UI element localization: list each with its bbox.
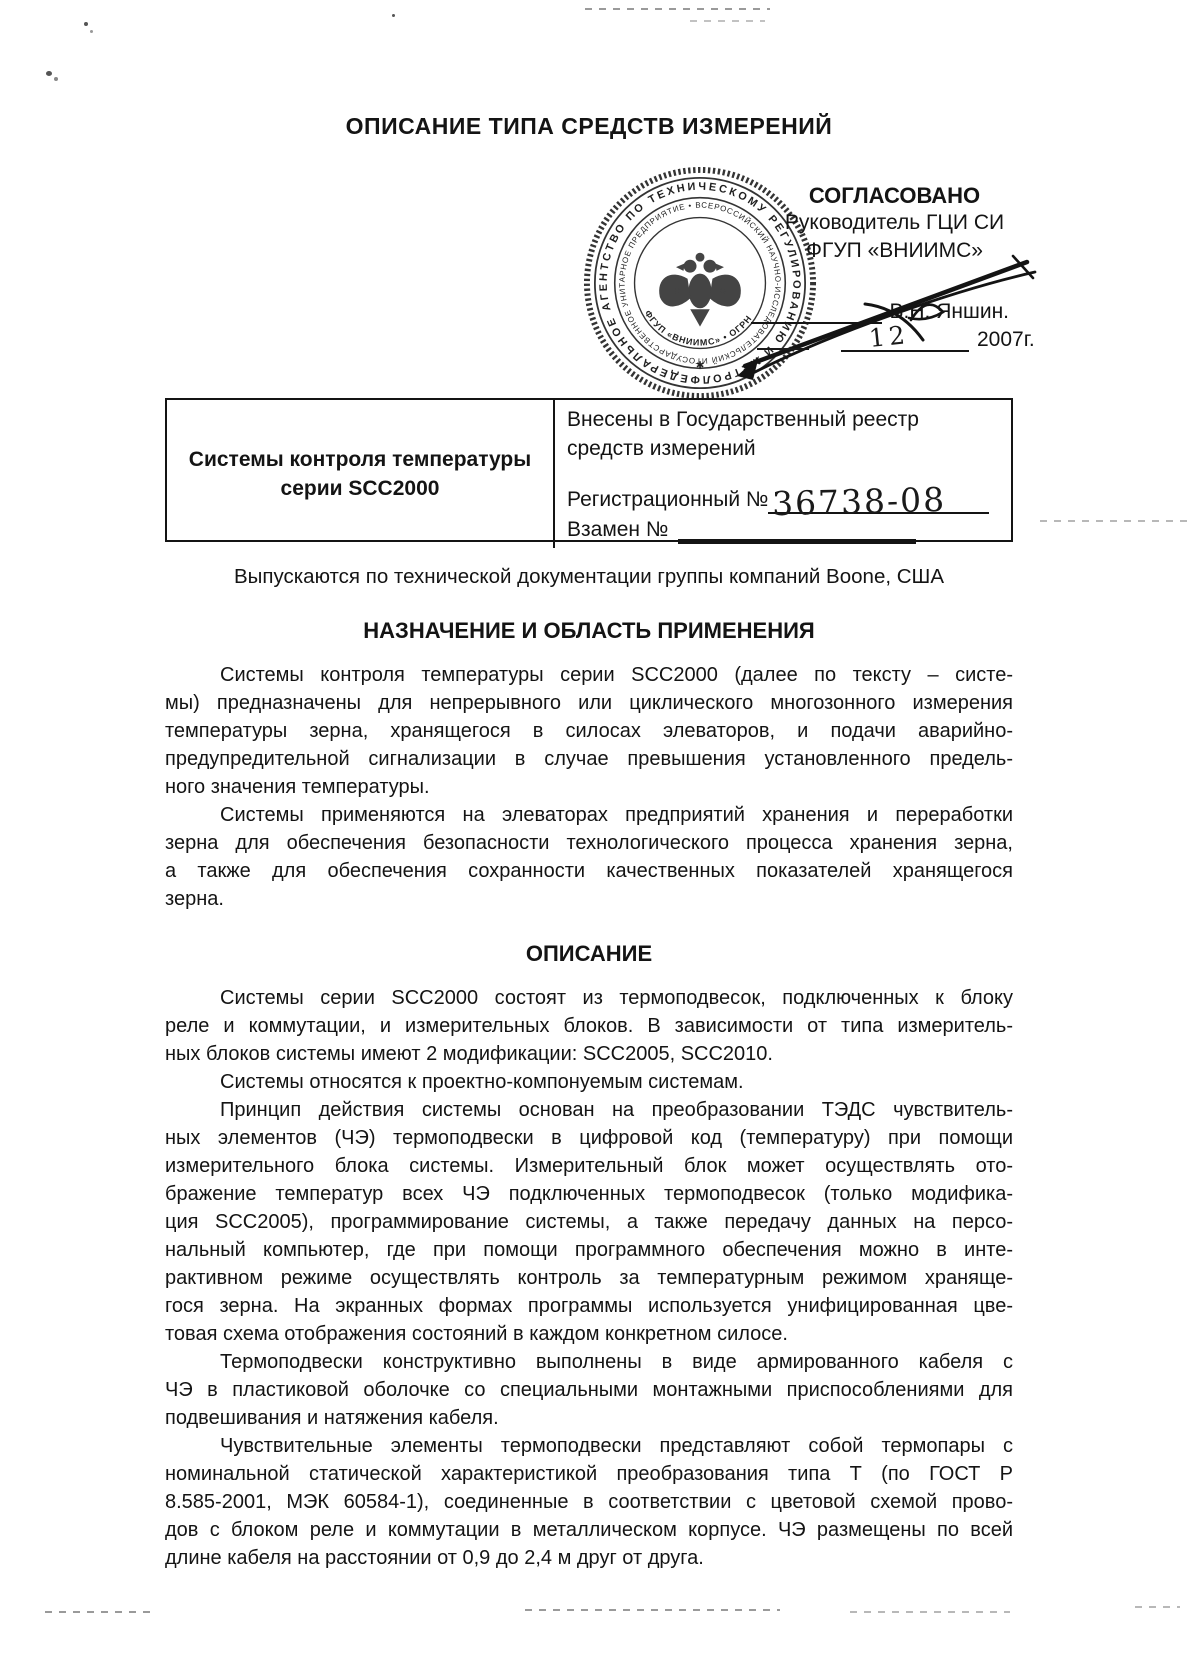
scan-artifact xyxy=(1135,1606,1180,1608)
registration-number-handwritten: 36738-08 xyxy=(772,485,947,519)
paragraph-line: ных блоков системы имеют 2 модификации: … xyxy=(165,1040,1013,1068)
registry-entry-cell: Внесены в Государственный реестр средств… xyxy=(555,400,1011,548)
instrument-name-line1: Системы контроля температуры xyxy=(189,445,531,474)
scan-artifact xyxy=(585,8,770,10)
paragraph: Системы серии SCC2000 состоят из термопо… xyxy=(165,984,1013,1068)
paragraph-line: Системы применяются на элеваторах предпр… xyxy=(165,801,1013,829)
scan-artifact xyxy=(84,22,88,26)
paragraph-line: номинальной статической характеристикой … xyxy=(165,1460,1013,1488)
document-page: ФЕДЕРАЛЬНОЕ АГЕНТСТВО ПО ТЕХНИЧЕСКОМУ РЕ… xyxy=(0,0,1197,1659)
paragraph-line: ция SCC2005), программирование системы, … xyxy=(165,1208,1013,1236)
paragraph-line: Системы относятся к проектно-компонуемым… xyxy=(165,1068,1013,1096)
paragraph-line: Чувствительные элементы термоподвески пр… xyxy=(165,1432,1013,1460)
scan-artifact xyxy=(525,1609,780,1611)
registry-entry-line2: средств измерений xyxy=(567,434,1007,463)
scan-artifact xyxy=(392,14,395,17)
scan-artifact xyxy=(1040,520,1190,522)
paragraph: Чувствительные элементы термоподвески пр… xyxy=(165,1432,1013,1572)
paragraph-line: ных элементов (ЧЭ) термоподвески в цифро… xyxy=(165,1124,1013,1152)
registration-label: Регистрационный № xyxy=(567,485,768,514)
paragraph-line: зерна. xyxy=(165,885,1013,913)
scan-artifact xyxy=(54,77,58,81)
paragraph-line: длине кабеля на расстоянии от 0,9 до 2,4… xyxy=(165,1544,1013,1572)
section-heading-description: ОПИСАНИЕ xyxy=(165,941,1013,967)
scan-artifact xyxy=(850,1611,1010,1613)
paragraph: Системы применяются на элеваторах предпр… xyxy=(165,801,1013,913)
instrument-name-cell: Системы контроля температуры серии SCC20… xyxy=(167,400,555,548)
registration-number-row: Регистрационный № 36738-08 xyxy=(567,476,1007,514)
paragraph: Термоподвески конструктивно выполнены в … xyxy=(165,1348,1013,1432)
paragraph-line: Системы контроля температуры серии SCC20… xyxy=(165,661,1013,689)
paragraph-line: 8.585-2001, МЭК 60584-1), соединенные в … xyxy=(165,1488,1013,1516)
paragraph-line: Системы серии SCC2000 состоят из термопо… xyxy=(165,984,1013,1012)
paragraph-line: товая схема отображения состояний в кажд… xyxy=(165,1320,1013,1348)
paragraph-line: Термоподвески конструктивно выполнены в … xyxy=(165,1348,1013,1376)
scan-artifact xyxy=(90,30,93,33)
paragraph-line: Принцип действия системы основан на прео… xyxy=(165,1096,1013,1124)
paragraph-line: мы) предназначены для непрерывного или ц… xyxy=(165,689,1013,717)
paragraph-line: дов с блоком реле и коммутации в металли… xyxy=(165,1516,1013,1544)
paragraph: Системы относятся к проектно-компонуемым… xyxy=(165,1068,1013,1096)
instrument-name-line2: серии SCC2000 xyxy=(281,474,440,503)
paragraph-line: гося зерна. На экранных формах программы… xyxy=(165,1292,1013,1320)
paragraph: Принцип действия системы основан на прео… xyxy=(165,1096,1013,1348)
section-heading-purpose: НАЗНАЧЕНИЕ И ОБЛАСТЬ ПРИМЕНЕНИЯ xyxy=(165,618,1013,644)
paragraph-line: температуры зерна, хранящегося в силосах… xyxy=(165,717,1013,745)
paragraph-line: предупредительной сигнализации в случае … xyxy=(165,745,1013,773)
scan-artifact xyxy=(45,1611,155,1613)
page-title: ОПИСАНИЕ ТИПА СРЕДСТВ ИЗМЕРЕНИЙ xyxy=(165,112,1013,140)
replaces-blank-line xyxy=(678,521,916,544)
production-note: Выпускаются по технической документации … xyxy=(165,564,1013,590)
registry-entry-line1: Внесены в Государственный реестр xyxy=(567,405,1007,434)
paragraph-line: нальный компьютер, где при помощи програ… xyxy=(165,1236,1013,1264)
paragraph-line: рактивном режиме осуществлять контроль з… xyxy=(165,1264,1013,1292)
paragraph-line: реле и коммутации, и измерительных блоко… xyxy=(165,1012,1013,1040)
scan-artifact xyxy=(46,71,52,76)
scan-artifact xyxy=(690,20,765,22)
paragraph-line: измерительного блока системы. Измеритель… xyxy=(165,1152,1013,1180)
paragraph-line: подвешивания и натяжения кабеля. xyxy=(165,1404,1013,1432)
paragraph-line: ЧЭ в пластиковой оболочке со специальным… xyxy=(165,1376,1013,1404)
registration-number-line: 36738-08 xyxy=(768,476,989,514)
replaces-label: Взамен № xyxy=(567,515,668,544)
paragraph-line: бражение температур всех ЧЭ подключенных… xyxy=(165,1180,1013,1208)
paragraph-line: зерна для обеспечения безопасности техно… xyxy=(165,829,1013,857)
paragraph: Системы контроля температуры серии SCC20… xyxy=(165,661,1013,801)
paragraph-line: ного значения температуры. xyxy=(165,773,1013,801)
paragraph-line: а также для обеспечения сохранности каче… xyxy=(165,857,1013,885)
registry-table: Системы контроля температуры серии SCC20… xyxy=(165,398,1013,542)
